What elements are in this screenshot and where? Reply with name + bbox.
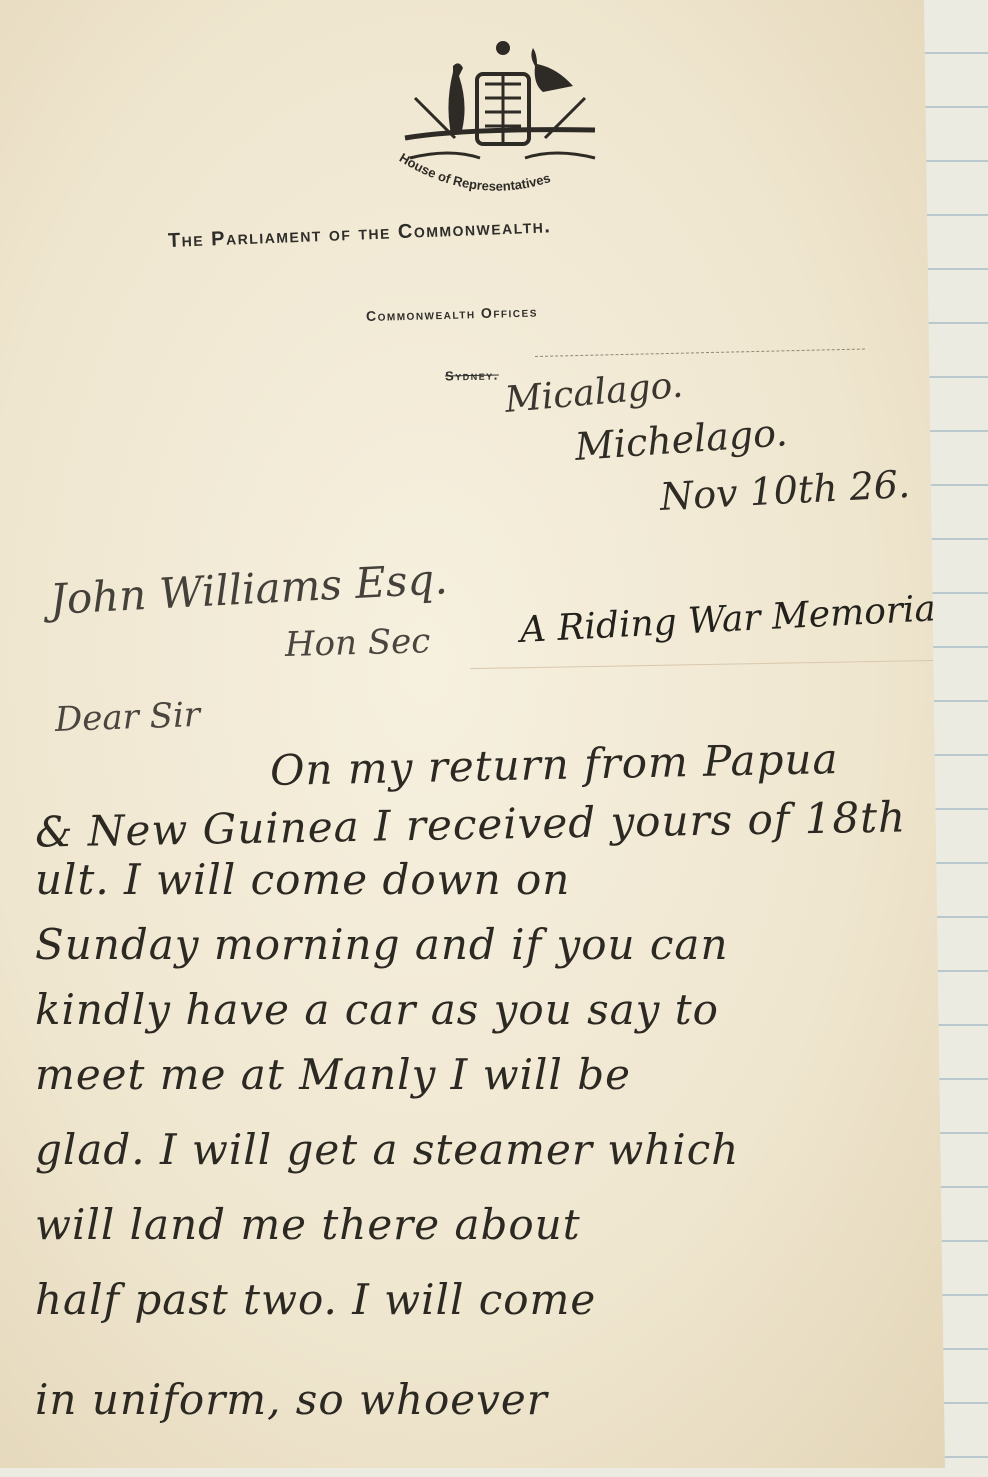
body-line: glad. I will get a steamer which <box>35 1125 739 1174</box>
place-name: Michelago. <box>573 410 788 469</box>
body-line: half past two. I will come <box>35 1275 596 1324</box>
body-line: meet me at Manly I will be <box>35 1050 631 1099</box>
body-line: will land me there about <box>35 1200 581 1249</box>
body-line: & New Guinea I received yours of 18th <box>35 792 907 856</box>
letterhead-parliament-title: The Parliament of the Commonwealth. <box>168 215 552 253</box>
salutation: Dear Sir <box>54 695 200 740</box>
place-name-crossed: Micalago. <box>503 365 684 421</box>
body-line: Sunday morning and if you can <box>35 920 729 969</box>
address-dotted-line <box>535 349 865 357</box>
body-line: in uniform, so whoever <box>35 1375 548 1424</box>
letterhead-city-struck: Sydney. <box>445 368 499 384</box>
addressee-title: Hon Sec <box>284 621 430 665</box>
paper-crease <box>470 660 940 669</box>
body-line: kindly have a car as you say to <box>35 985 719 1034</box>
letter-sheet: House of Representatives The Parliament … <box>0 0 948 1470</box>
addressee-name: John Williams Esq. <box>49 554 449 624</box>
letterhead-offices: Commonwealth Offices <box>366 304 538 324</box>
body-line: ult. I will come down on <box>35 855 570 904</box>
coat-of-arms-icon: House of Representatives <box>385 38 620 198</box>
addressee-organization: A Riding War Memorial <box>519 588 949 651</box>
body-line: On my return from Papua <box>270 734 839 795</box>
letter-date: Nov 10th 26. <box>659 462 911 519</box>
